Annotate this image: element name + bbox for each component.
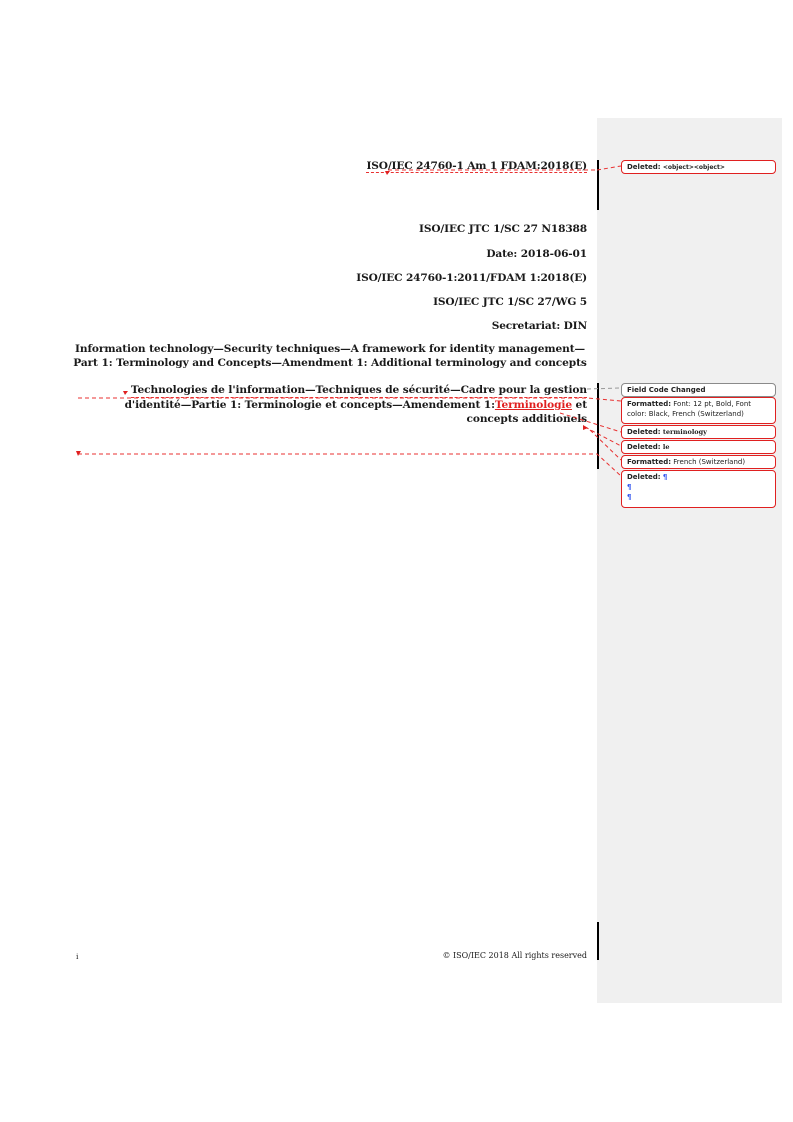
- comment-balloon-formatted-french[interactable]: Formatted: French (Switzerland): [621, 455, 776, 469]
- balloon-type-label: Deleted:: [627, 443, 661, 451]
- footer-page-number: i: [76, 952, 78, 961]
- working-group: ISO/IEC JTC 1/SC 27/WG 5: [433, 296, 587, 308]
- markup-pane: [597, 118, 782, 1003]
- english-title: Information technology—Security techniqu…: [72, 342, 588, 370]
- french-title-line-1: Technologies de l'information—Techniques…: [131, 383, 587, 398]
- secretariat: Secretariat: DIN: [492, 320, 587, 332]
- balloon-type-label: Formatted:: [627, 400, 671, 408]
- balloon-type-label: Formatted:: [627, 458, 671, 466]
- french-title-line-2: d'identité—Partie 1: Terminologie et con…: [72, 398, 587, 412]
- document-date: Date: 2018-06-01: [486, 248, 587, 260]
- change-bar: [597, 922, 599, 960]
- inserted-text: Terminologie: [495, 399, 572, 411]
- pilcrow-icon: ¶: [627, 483, 631, 491]
- balloon-text: French (Switzerland): [673, 458, 745, 466]
- committee-ref: ISO/IEC JTC 1/SC 27 N18388: [419, 223, 587, 235]
- header-doc-ref: ISO/IEC 24760-1 Am 1 FDAM:2018(E): [366, 160, 587, 173]
- balloon-type-label: Deleted:: [627, 163, 661, 171]
- balloon-text: le: [663, 443, 670, 451]
- change-bar: [597, 383, 599, 469]
- french-title-line-2-end: et: [572, 399, 587, 411]
- balloon-text: terminology: [663, 428, 707, 436]
- document-number: ISO/IEC 24760-1:2011/FDAM 1:2018(E): [356, 272, 587, 284]
- comment-balloon-deleted-objects[interactable]: Deleted: <object><object>: [621, 160, 776, 174]
- french-title-line-3: concepts additionels: [72, 412, 587, 426]
- comment-balloon-deleted-terminology[interactable]: Deleted: terminology: [621, 425, 776, 439]
- change-bar: [597, 160, 599, 210]
- comment-balloon-field-code-changed[interactable]: Field Code Changed: [621, 383, 776, 397]
- english-title-line-1: Information technology—Security techniqu…: [72, 342, 588, 356]
- comment-balloon-deleted-pilcrows[interactable]: Deleted: ¶ ¶ ¶: [621, 470, 776, 508]
- balloon-type-label: Field Code Changed: [627, 386, 706, 394]
- pilcrow-icon: ¶: [663, 473, 667, 481]
- balloon-type-label: Deleted:: [627, 473, 661, 481]
- balloon-type-label: Deleted:: [627, 428, 661, 436]
- comment-balloon-formatted-font[interactable]: Formatted: Font: 12 pt, Bold, Font color…: [621, 397, 776, 424]
- footer-copyright: © ISO/IEC 2018 All rights reserved: [442, 951, 587, 960]
- balloon-text: <object><object>: [663, 164, 725, 171]
- french-title: Technologies de l'information—Techniques…: [72, 383, 587, 426]
- comment-balloon-deleted-le[interactable]: Deleted: le: [621, 440, 776, 454]
- english-title-line-2: Part 1: Terminology and Concepts—Amendme…: [72, 356, 588, 370]
- french-title-line-2-text: d'identité—Partie 1: Terminologie et con…: [125, 399, 495, 411]
- pilcrow-icon: ¶: [627, 493, 631, 501]
